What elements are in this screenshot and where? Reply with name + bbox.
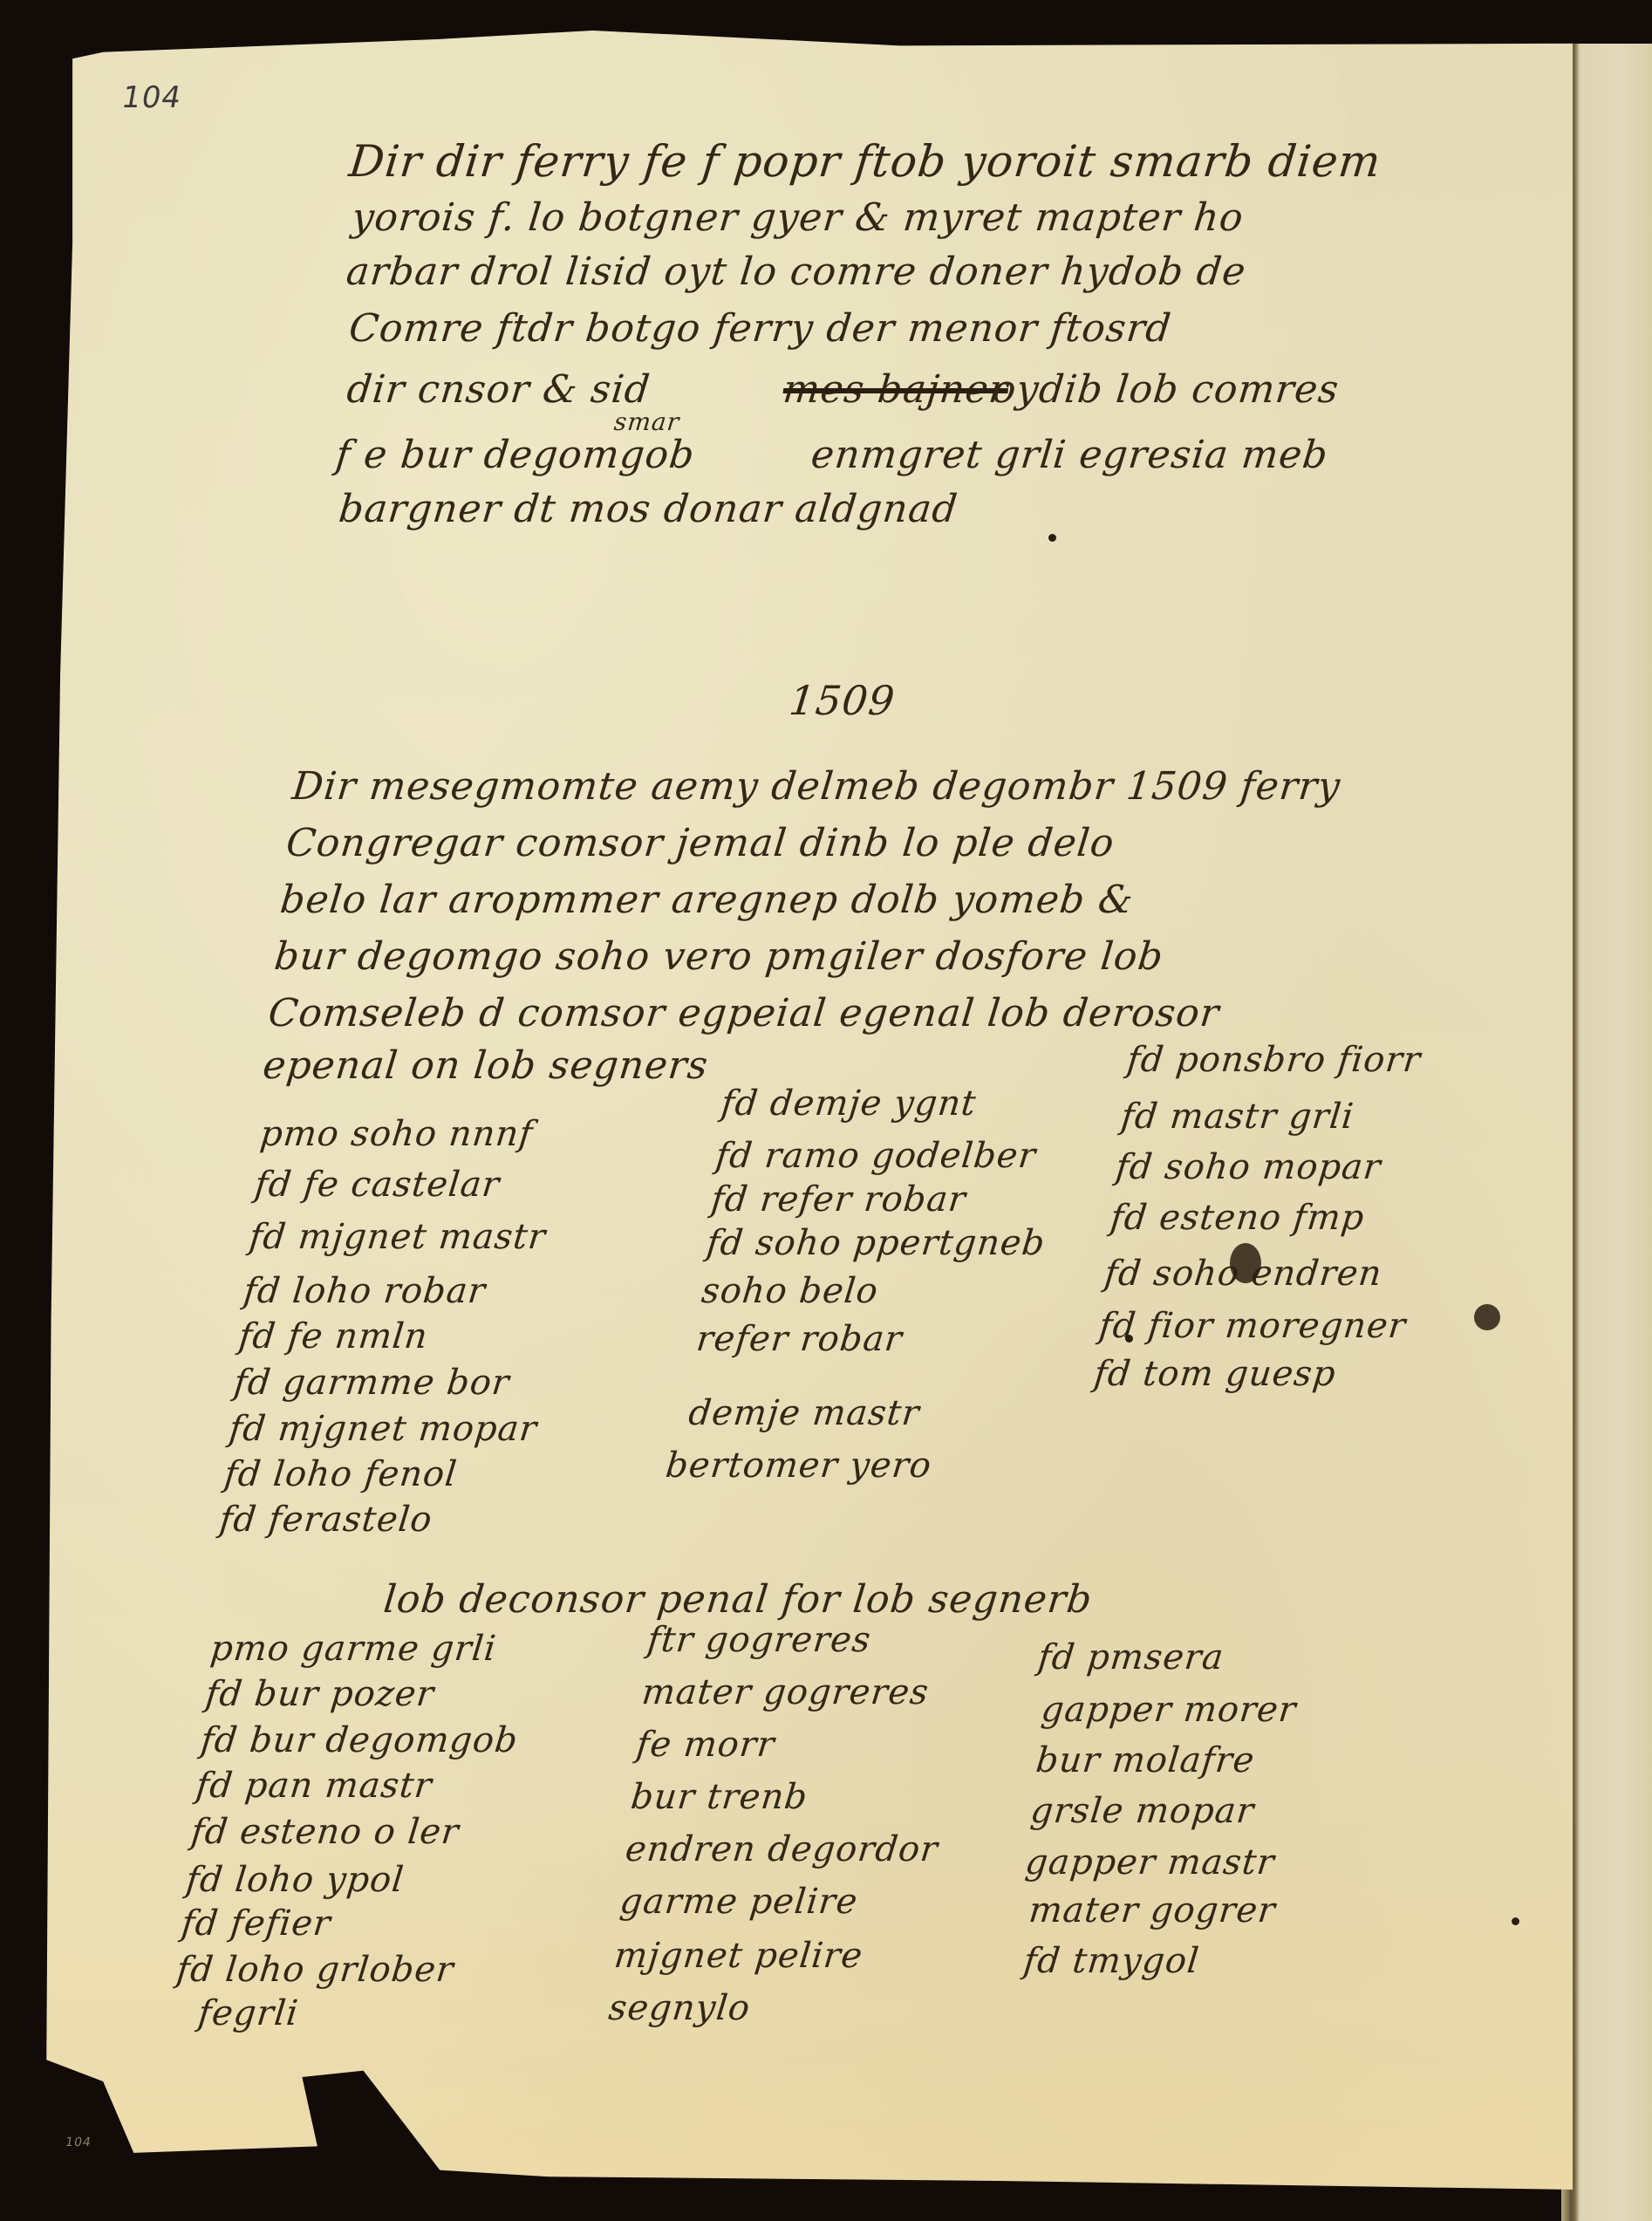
list1-col3-item: fd esteno fmp (1109, 1200, 1366, 1235)
list1-col1-item: fd loho robar (242, 1274, 488, 1309)
entry1-line-6: f e bur degomgob (334, 436, 697, 475)
entry1-line-3: arbar drol lisid oyt lo comre doner hydo… (345, 253, 1248, 291)
list1-col3-item: fd fior moregner (1097, 1309, 1408, 1343)
list1-col3-item: fd soho mopar (1114, 1150, 1382, 1185)
entry1-line-7: bargner dt mos donar aldgnad (337, 490, 959, 529)
section-2-heading: lob deconsor penal for lob segnerb (382, 1581, 1095, 1619)
entry1-line-4: Comre ftdr botgo ferry der menor ftosrd (347, 310, 1173, 348)
entry1-line-2: yorois f. lo botgner gyer & myret mapter… (350, 199, 1246, 237)
list1-col1-item: fd fe castelar (253, 1167, 502, 1202)
ink-dot (1512, 1917, 1519, 1925)
list1-col2-item: fd demje ygnt (720, 1086, 978, 1121)
list1-col2-item: bertomer yero (664, 1448, 933, 1483)
list1-col2-item: refer robar (695, 1322, 905, 1357)
list2-col1-item: fd loho grlober (175, 1952, 456, 1987)
list1-col2-item: soho belo (700, 1274, 880, 1309)
list2-col2-item: bur trenb (629, 1780, 809, 1814)
list1-col1-item: fd garmme bor (232, 1365, 511, 1400)
entry1-line-5-end: oydib lob comres (991, 371, 1341, 409)
ink-dot (1048, 534, 1056, 542)
entry2-line-5: Comseleb d comsor egpeial egenal lob der… (267, 994, 1222, 1033)
list1-col2-item: demje mastr (687, 1396, 922, 1431)
list2-col2-item: garme pelire (618, 1884, 860, 1919)
interlinear-insert: smar (613, 410, 681, 434)
list1-col1-item: fd mjgnet mastr (248, 1220, 548, 1254)
ink-dot (1125, 1335, 1133, 1343)
entry2-line-4: bur degomgo soho vero pmgiler dosfore lo… (272, 938, 1165, 976)
list1-col1-item: fd loho fenol (222, 1457, 459, 1492)
list1-col3-item: fd tom guesp (1092, 1357, 1337, 1391)
list2-col3-item: gapper morer (1040, 1692, 1298, 1727)
list2-col1-item: fd loho ypol (184, 1862, 406, 1897)
entry2-line-6: epenal on lob segners (261, 1047, 710, 1085)
list2-col1-item: fd esteno o ler (189, 1814, 461, 1849)
entry2-line-3: belo lar aropmmer aregnep dolb yomeb & (278, 881, 1135, 919)
entry1-line-6-end: enmgret grli egresia meb (809, 436, 1330, 475)
list1-col3-item: fd mastr grli (1119, 1099, 1355, 1134)
list1-col2-item: fd refer robar (709, 1182, 967, 1217)
list1-col1-item: fd ferastelo (218, 1502, 434, 1537)
ink-blot (1474, 1304, 1500, 1330)
list1-col2-item: fd soho ppertgneb (705, 1226, 1047, 1261)
year-heading: 1509 (788, 680, 898, 721)
list2-col2-item: mater gogreres (640, 1675, 931, 1710)
list2-col3-item: gapper mastr (1024, 1845, 1277, 1880)
list2-col2-item: fe morr (635, 1727, 777, 1762)
list1-col1-item: pmo soho nnnf (258, 1117, 535, 1152)
list2-col1-item: fd bur pozer (204, 1677, 436, 1712)
list2-col1-item: fd fefier (180, 1906, 332, 1941)
list2-col3-item: fd pmsera (1036, 1640, 1225, 1675)
entry2-line-1: Dir mesegmomte aemy delmeb degombr 1509 … (290, 768, 1342, 806)
folio-number: 104 (119, 80, 184, 115)
list1-col1-item: fd mjgnet mopar (228, 1411, 539, 1446)
list2-col2-item: ftr gogreres (645, 1623, 872, 1657)
entry1-line-1: Dir dir ferry fe f popr ftob yoroit smar… (347, 140, 1383, 183)
folio-number-faint: 104 (65, 2136, 93, 2149)
list2-col3-item: mater gogrer (1027, 1893, 1278, 1928)
entry1-line-5: dir cnsor & sid (345, 371, 652, 409)
ink-blot (1230, 1243, 1261, 1283)
list2-col2-item: mjgnet pelire (612, 1938, 864, 1973)
list2-col3-item: fd tmygol (1022, 1944, 1201, 1978)
list2-col2-item: segnylo (607, 1991, 752, 2026)
list2-col3-item: bur molafre (1034, 1743, 1257, 1778)
list1-col3-item: fd ponsbro fiorr (1125, 1042, 1423, 1077)
struck-text: mes bajner (782, 371, 1010, 409)
list2-col1-item: fd pan mastr (195, 1768, 434, 1803)
list2-col2-item: endren degordor (624, 1832, 939, 1867)
list2-col1-item: pmo garme grli (208, 1631, 498, 1666)
list1-col1-item: fd fe nmln (237, 1319, 430, 1354)
list1-col2-item: fd ramo godelber (714, 1138, 1038, 1173)
entry2-line-2: Congregar comsor jemal dinb lo ple delo (284, 824, 1116, 863)
list2-col1-item: fd bur degomgob (199, 1723, 520, 1758)
list2-col1-item: fegrli (196, 1996, 300, 2031)
list2-col3-item: grsle mopar (1029, 1794, 1256, 1828)
adjacent-page-edge (1570, 44, 1652, 2221)
